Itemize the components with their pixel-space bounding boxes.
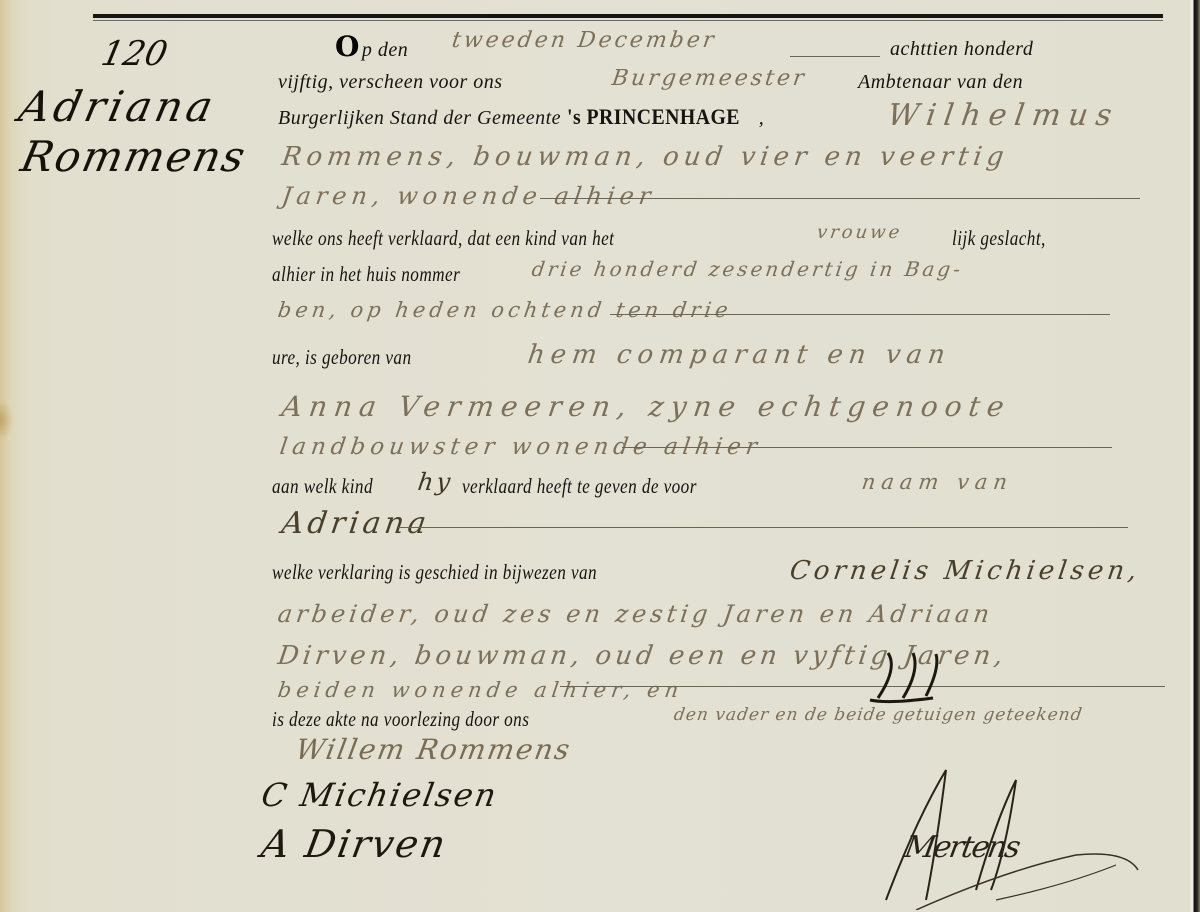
signature-witness-2: A Dirven	[258, 822, 451, 866]
line-fill-flourish	[858, 648, 958, 708]
fill-line	[622, 447, 1112, 448]
line-12-hand-b: naam van	[860, 470, 1014, 494]
top-double-rule	[93, 14, 1163, 18]
line-1-printed-start: Op den	[335, 30, 408, 63]
signature-witness-1: C Michielsen	[259, 776, 501, 814]
top-rule-thin	[93, 20, 1163, 21]
line-1-printed-a: p den	[362, 39, 408, 61]
line-2-printed-a: vijftig, verscheen voor ons	[278, 71, 503, 94]
line-7-printed-a: alhier in het huis nommer	[272, 262, 460, 287]
fill-line	[540, 198, 1140, 199]
line-5-hand: Jaren, wonende alhier	[280, 182, 657, 210]
line-14-printed-a: welke verklaring is geschied in bijwezen…	[272, 560, 597, 585]
line-8-hand-time: ben, op heden ochtend ten drie	[276, 298, 733, 322]
line-3-hand-name: Wilhelmus	[886, 98, 1122, 133]
line-9-hand: hem comparant en van	[526, 340, 953, 370]
line-1-printed-b: achttien honderd	[890, 38, 1033, 61]
book-spine-edge	[1190, 0, 1200, 912]
line-1-hand-date: tweeden December	[450, 28, 718, 53]
margin-child-first-name: Adriana	[15, 82, 221, 131]
line-14-hand-witness-1: Cornelis Michielsen,	[788, 556, 1143, 586]
margin-child-surname: Rommens	[17, 132, 251, 181]
line-6-printed-a: welke ons heeft verklaard, dat een kind …	[272, 226, 614, 251]
line-18-hand: den vader en de beide getuigen geteekend	[673, 705, 1084, 725]
line-12-hand-he: hy	[416, 468, 455, 496]
line-6-hand-sex: vrouwe	[816, 222, 904, 243]
act-number: 120	[98, 34, 171, 74]
fill-line	[398, 527, 1128, 528]
line-10-hand-mother: Anna Vermeeren, zyne echtgenoote	[280, 390, 1013, 423]
initial-O: O	[335, 30, 360, 63]
line-2-printed-b: Ambtenaar van den	[858, 71, 1023, 94]
line-12-printed-a: aan welk kind	[272, 474, 373, 499]
municipality-name: 's PRINCENHAGE	[567, 104, 740, 130]
line-17-hand: beiden wonende alhier, en	[276, 678, 685, 702]
signature-official-flourish	[876, 760, 1156, 910]
line-3-printed-a: Burgerlijken Stand der Gemeente 's PRINC…	[278, 104, 764, 130]
signature-father: Willem Rommens	[293, 733, 574, 766]
line-2-hand-role: Burgemeester	[610, 66, 808, 91]
fill-line	[790, 56, 880, 57]
line-3-printed-text: Burgerlijken Stand der Gemeente	[278, 107, 561, 129]
line-3-comma: ,	[759, 107, 765, 129]
line-15-hand: arbeider, oud zes en zestig Jaren en Adr…	[276, 600, 995, 628]
line-6-printed-b: lijk geslacht,	[952, 226, 1046, 251]
line-4-hand: Rommens, bouwman, oud vier en veertig	[280, 142, 1011, 172]
line-13-hand-given-name: Adriana	[280, 506, 433, 541]
fill-line	[610, 314, 1110, 315]
register-page: 120 Adriana Rommens Op den tweeden Decem…	[0, 0, 1190, 912]
line-9-printed-a: ure, is geboren van	[272, 345, 411, 370]
line-7-hand-address: drie honderd zesendertig in Bag-	[530, 257, 964, 281]
line-18-printed-a: is deze akte na voorlezing door ons	[272, 707, 529, 732]
line-12-printed-b: verklaard heeft te geven de voor	[462, 474, 697, 499]
